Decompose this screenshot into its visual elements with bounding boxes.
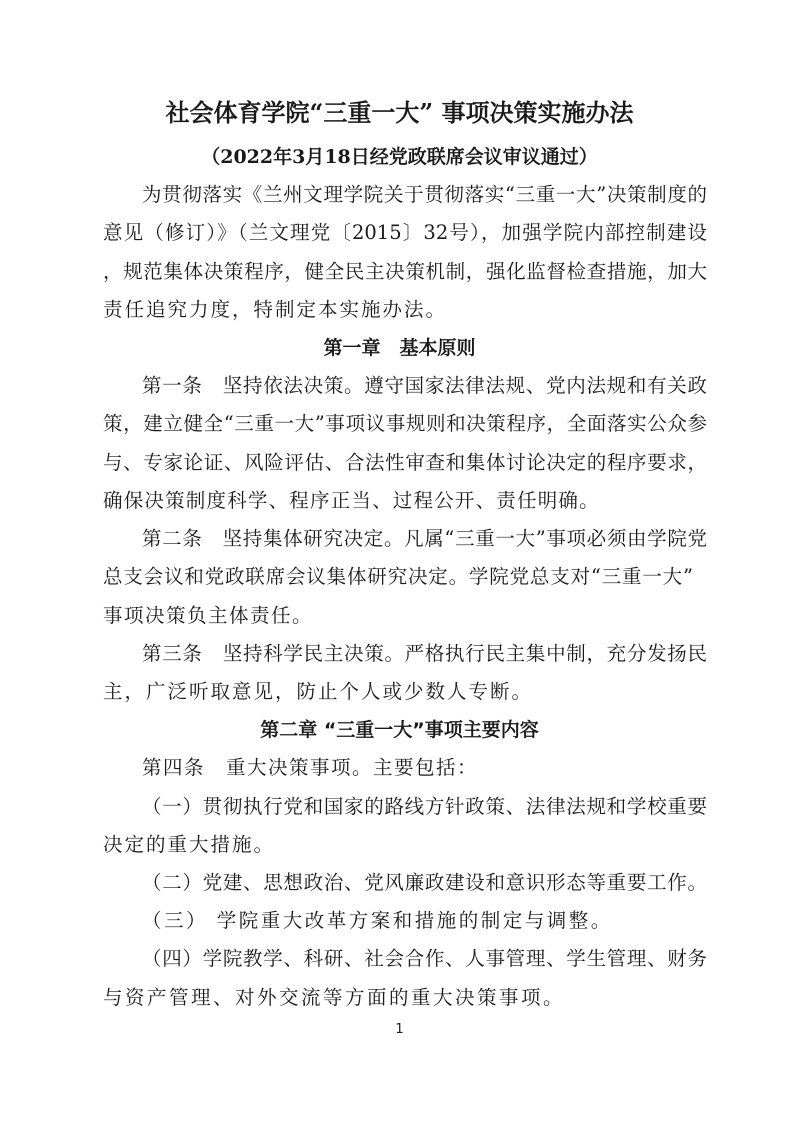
list-item-line: 决定的重大措施。 [103, 833, 275, 857]
article-line: 第四条 重大决策事项。主要包括： [142, 756, 478, 780]
chapter-2-heading: 第二章 “三重一大”事项主要内容 [0, 718, 799, 742]
preamble-line: 为贯彻落实《兰州文理学院关于贯彻落实“三重一大”决策制度的 [142, 183, 707, 207]
list-item-line: （一）贯彻执行党和国家的路线方针政策、法律法规和学校重要 [142, 795, 707, 819]
document-subtitle: （2022年3月18日经党政联席会议审议通过） [0, 145, 799, 169]
article-line: 第三条 坚持科学民主决策。严格执行民主集中制，充分发扬民 [142, 642, 707, 666]
list-item-line: 与资产管理、对外交流等方面的重大决策事项。 [103, 986, 565, 1010]
article-line: 主，广泛听取意见，防止个人或少数人专断。 [103, 680, 533, 704]
preamble-line: 意见（修订）》（兰文理党〔2015〕32号），加强学院内部控制建设 [103, 221, 707, 245]
list-item-line: （二）党建、思想政治、党风廉政建设和意识形态等重要工作。 [142, 871, 707, 895]
preamble-line: ，规范集体决策程序，健全民主决策机制，强化监督检查措施，加大 [103, 260, 707, 284]
article-line: 确保决策制度科学、程序正当、过程公开、责任明确。 [103, 489, 600, 513]
article-line: 总支会议和党政联席会议集体研究决定。学院党总支对“三重一大” [103, 565, 693, 589]
preamble-line: 责任追究力度，特制定本实施办法。 [103, 298, 447, 322]
document-page: 社会体育学院“三重一大” 事项决策实施办法 （2022年3月18日经党政联席会议… [0, 0, 799, 1131]
list-item-line: （四）学院教学、科研、社会合作、人事管理、学生管理、财务 [142, 947, 707, 971]
page-number: 1 [0, 1018, 799, 1042]
article-line: 事项决策负主体责任。 [103, 604, 313, 628]
document-title: 社会体育学院“三重一大” 事项决策实施办法 [0, 98, 799, 128]
article-line: 第二条 坚持集体研究决定。凡属“三重一大”事项必须由学院党 [142, 527, 707, 551]
article-line: 与、专家论证、风险评估、合法性审查和集体讨论决定的程序要求， [103, 451, 707, 475]
article-line: 策，建立健全“三重一大”事项议事规则和决策程序，全面落实公众参 [103, 412, 707, 436]
chapter-1-heading: 第一章 基本原则 [0, 336, 799, 360]
list-item-line: （三） 学院重大改革方案和措施的制定与调整。 [142, 909, 613, 933]
article-line: 第一条 坚持依法决策。遵守国家法律法规、党内法规和有关政 [142, 374, 707, 398]
